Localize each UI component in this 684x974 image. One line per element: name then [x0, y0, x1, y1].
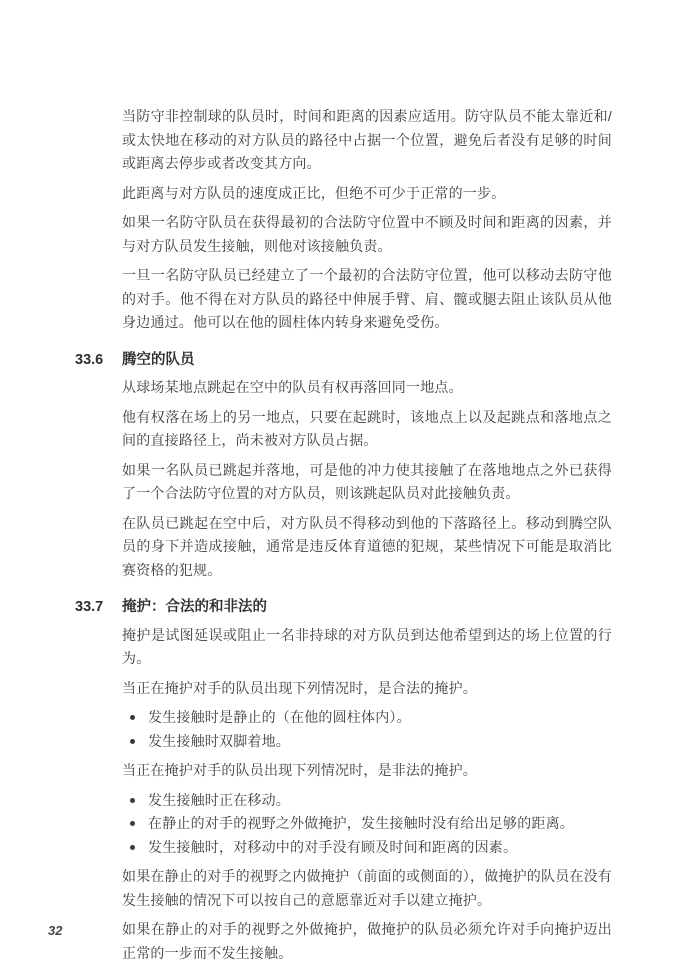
body-paragraph: 如果一名队员已跳起并落地，可是他的冲力使其接触了在落地地点之外已获得了一个合法防…	[122, 459, 612, 506]
bullet-item: 发生接触时正在移动。	[122, 789, 612, 813]
body-paragraph: 如果在静止的对手的视野之内做掩护（前面的或侧面的），做掩护的队员在没有发生接触的…	[122, 865, 612, 912]
legal-screen-conditions-list: 发生接触时是静止的（在他的圆柱体内）。 发生接触时双脚着地。	[122, 706, 612, 753]
body-paragraph: 掩护是试图延误或阻止一名非持球的对方队员到达他希望到达的场上位置的行为。	[122, 624, 612, 671]
body-paragraph: 一旦一名防守队员已经建立了一个最初的合法防守位置，他可以移动去防守他的对手。他不…	[122, 264, 612, 335]
body-paragraph: 当正在掩护对手的队员出现下列情况时，是非法的掩护。	[122, 759, 612, 783]
body-paragraph: 在队员已跳起在空中后，对方队员不得移动到他的下落路径上。移动到腾空队员的身下并造…	[122, 512, 612, 583]
body-paragraph: 当防守非控制球的队员时，时间和距离的因素应适用。防守队员不能太靠近和/或太快地在…	[122, 105, 612, 176]
bullet-item-text: 发生接触时双脚着地。	[148, 733, 290, 749]
body-paragraph: 当正在掩护对手的队员出现下列情况时，是合法的掩护。	[122, 677, 612, 701]
bullet-icon	[130, 715, 135, 720]
body-paragraph: 如果一名防守队员在获得最初的合法防守位置中不顾及时间和距离的因素，并与对方队员发…	[122, 211, 612, 258]
body-paragraph: 他有权落在场上的另一地点，只要在起跳时，该地点上以及起跳点和落地点之间的直接路径…	[122, 406, 612, 453]
body-paragraph: 此距离与对方队员的速度成正比，但绝不可少于正常的一步。	[122, 182, 612, 206]
section-title: 腾空的队员	[122, 349, 612, 373]
section-title: 掩护：合法的和非法的	[122, 596, 612, 620]
bullet-item: 发生接触时是静止的（在他的圆柱体内）。	[122, 706, 612, 730]
document-page: 当防守非控制球的队员时，时间和距离的因素应适用。防守队员不能太靠近和/或太快地在…	[0, 0, 684, 974]
section-number: 33.6	[75, 349, 122, 373]
section-heading-33-7: 33.7 掩护：合法的和非法的	[75, 596, 612, 620]
bullet-item: 在静止的对手的视野之外做掩护，发生接触时没有给出足够的距离。	[122, 812, 612, 836]
bullet-item-text: 发生接触时正在移动。	[148, 792, 290, 808]
bullet-icon	[130, 739, 135, 744]
bullet-item-text: 在静止的对手的视野之外做掩护，发生接触时没有给出足够的距离。	[148, 815, 574, 831]
bullet-item-text: 发生接触时是静止的（在他的圆柱体内）。	[148, 709, 411, 725]
section-heading-33-6: 33.6 腾空的队员	[75, 349, 612, 373]
bullet-icon	[130, 845, 135, 850]
illegal-screen-conditions-list: 发生接触时正在移动。 在静止的对手的视野之外做掩护，发生接触时没有给出足够的距离…	[122, 789, 612, 860]
section-number: 33.7	[75, 596, 122, 620]
bullet-icon	[130, 821, 135, 826]
bullet-item: 发生接触时双脚着地。	[122, 730, 612, 754]
bullet-icon	[130, 798, 135, 803]
page-number: 32	[48, 923, 62, 938]
bullet-item-text: 发生接触时，对移动中的对手没有顾及时间和距离的因素。	[148, 839, 517, 855]
page-content: 当防守非控制球的队员时，时间和距离的因素应适用。防守队员不能太靠近和/或太快地在…	[0, 0, 684, 965]
body-paragraph: 如果在静止的对手的视野之外做掩护，做掩护的队员必须允许对手向掩护迈出正常的一步而…	[122, 918, 612, 965]
body-paragraph: 从球场某地点跳起在空中的队员有权再落回同一地点。	[122, 376, 612, 400]
bullet-item: 发生接触时，对移动中的对手没有顾及时间和距离的因素。	[122, 836, 612, 860]
